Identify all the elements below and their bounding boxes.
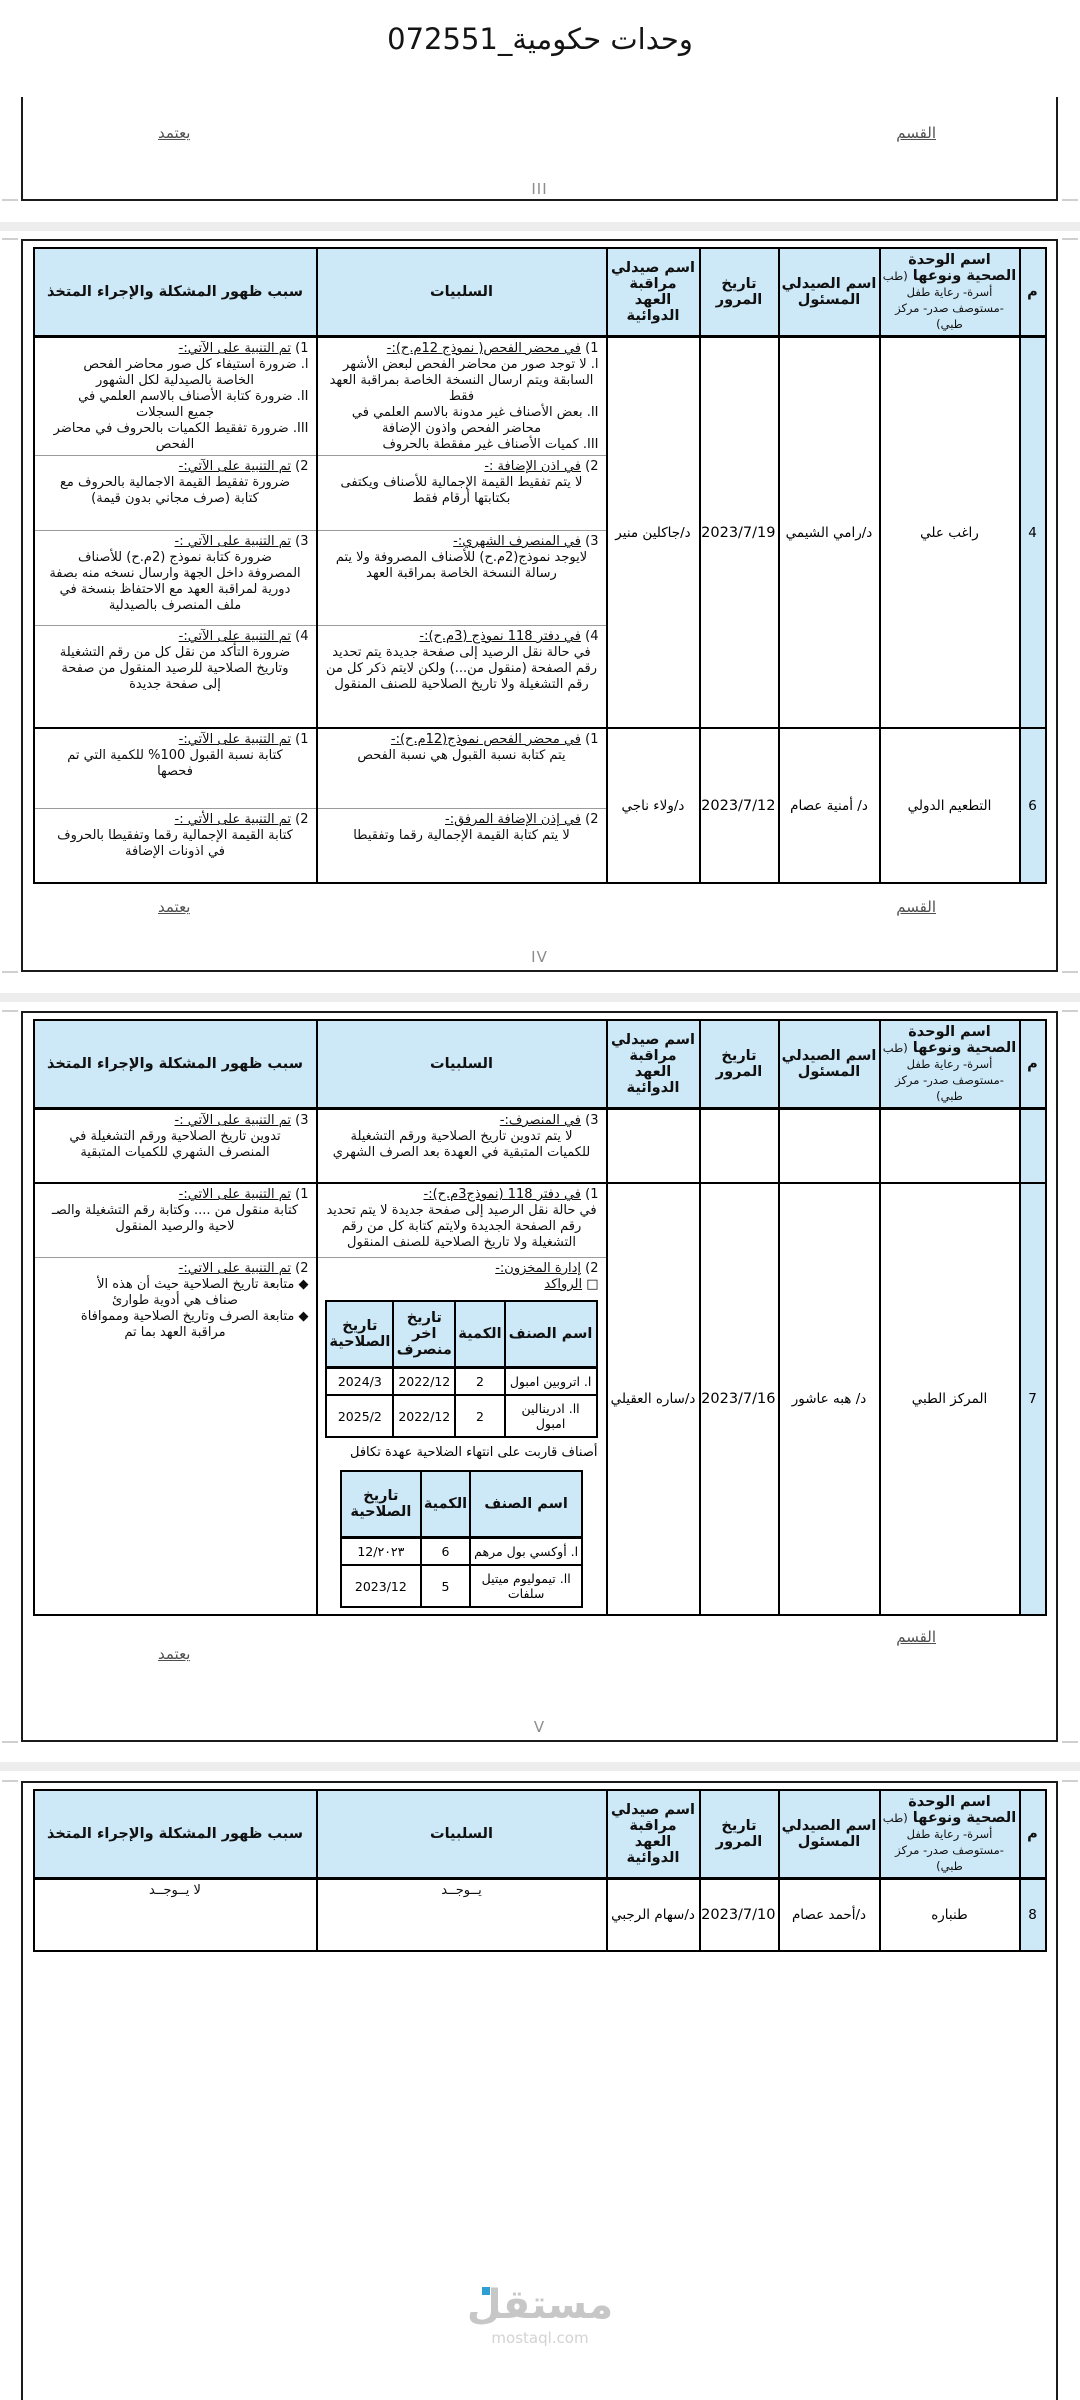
text-line: ضرورة كتابة نموذج (2م.ح) للأصناف [42,550,309,566]
nested-cell: 6 [421,1538,470,1566]
watermark-domain: mostaql.com [0,2329,1080,2347]
department-signature-label: القسم [896,1628,936,1646]
cell-monitor: د/جاكلين منير [607,337,700,729]
text-line: III. ضرورة تفقيط الكميات بالحروف في محاض… [42,421,309,437]
report-table: ماسم الوحدة الصحية ونوعها (طب أسرة- رعاي… [33,1789,1047,1952]
text-line: 3) تم التنبية على الآتي :- [42,534,309,550]
text-line: 2) إدارة المخزون:- [325,1261,599,1277]
sub-cell: 4) في دفتر 118 نموذج (3م.ح):-في حالة نقل… [318,626,606,727]
sub-cell: 1) في محضر الفحص نموذج(12م.ح):-يتم كتابة… [318,729,606,809]
approve-signature-label: يعتمد [158,1645,190,1663]
nested-col-header: تاريخ اخر منصرف [393,1301,455,1368]
page-separator [0,222,1080,231]
cell-pharmacist: د/أحمد عصام [779,1879,880,1952]
text-line: ا. لا توجد صور من محاضر الفحص لبعض الأشه… [325,357,599,373]
text-line: لا يتم كتابة القيمة الإجمالية رقما وتفقي… [325,828,599,844]
nested-row: اا. تيموليوم ميتيل سلفات52023/12 [341,1565,582,1607]
cell-monitor [607,1109,700,1184]
cell-date: 2023/7/12 [700,728,779,883]
text-line: المصروفة داخل الجهة وارسال نسخه منه بصفة [42,566,309,582]
nested-cell: اا. تيموليوم ميتيل سلفات [470,1565,582,1607]
text-line: بكتابتها أرقام فقط [325,491,599,507]
text-line: إلى صفحة جديدة [42,677,309,693]
text-line: في اذونات الإضافة [42,844,309,860]
text-line: 1) تم التنبية على الاتي:- [42,1187,309,1203]
header-row: ماسم الوحدة الصحية ونوعها (طب أسرة- رعاي… [34,1790,1046,1879]
text-line: رقم الصفحة الجديدة ولايتم كتابة كل من رق… [325,1219,599,1235]
col-header-unit: اسم الوحدة الصحية ونوعها (طب أسرة- رعاية… [880,1020,1020,1109]
cell-num: 7 [1020,1183,1046,1615]
cell-cause: 1) تم التنبية على الآتي:-ا. ضرورة استيفا… [34,337,317,729]
header-row: ماسم الوحدة الصحية ونوعها (طب أسرة- رعاي… [34,1020,1046,1109]
text-line: دورية لمراقبة العهد مع الاحتفاظ بنسخة في [42,582,309,598]
text-line: □ الرواكد [325,1277,599,1293]
text-line: 2) تم التنبية على الآتي:- [42,459,309,475]
page-number: III [23,180,1056,198]
col-header-unit: اسم الوحدة الصحية ونوعها (طب أسرة- رعاية… [880,1790,1020,1879]
cell-pharmacist: د/ أمنية عصام [779,728,880,883]
nested-col-header: تاريخ الصلاحية [326,1301,393,1368]
table-row: 6التطعيم الدوليد/ أمنية عصام2023/7/12د/و… [34,728,1046,883]
text-line: وتاريخ الصلاحية للرصيد المنقول من صفحة [42,661,309,677]
sub-cell: 2) إدارة المخزون:-□ الرواكداسم الصنفالكم… [318,1258,606,1614]
nested-header-row: اسم الصنفالكميةتاريخ اخر منصرفتاريخ الصل… [326,1301,596,1368]
text-line: ◆ متابعة الصرف وتاريخ الصلاحية ومموافاة [42,1309,309,1325]
sub-cell: 2) تم التنبية على الاتي:-◆ متابعة تاريخ … [35,1258,316,1566]
crop-mark [1062,1010,1078,1012]
text-line: لاحية والرصيد المنقول [42,1219,309,1235]
text-line: II. بعض الأصناف غير مدونة بالاسم العلمي … [325,405,599,421]
cell-num: 6 [1020,728,1046,883]
cell-negatives: 1) في دفتر 118 (نموذج3م.ح):-في حالة نقل … [317,1183,607,1615]
crop-mark [2,199,18,201]
crop-mark [1062,199,1078,201]
cell-negatives: 1) في محضر الفحص( نموذج 12م.ح):-ا. لا تو… [317,337,607,729]
sub-cell: 3) في المنصرف الشهري:-لايوجد نموذج(2م.ح)… [318,531,606,626]
table-slot: ماسم الوحدة الصحية ونوعها (طب أسرة- رعاي… [23,1789,1056,1952]
sub-cell: 2) في إذن الإضافة المرفق:-لا يتم كتابة ا… [318,809,606,882]
nested-col-header: الكمية [455,1301,504,1368]
page-v: ماسم الوحدة الصحية ونوعها (طب أسرة- رعاي… [21,1011,1058,1742]
watermark-dot [482,2287,490,2295]
text-line: فقط [325,389,599,405]
nested-cell: 5 [421,1565,470,1607]
text-line: 4) تم التنبية على الآتي:- [42,629,309,645]
table-row: 4راغب عليد/رامي الشيمي2023/7/19د/جاكلين … [34,337,1046,729]
nested-cell: 2022/12 [393,1395,455,1437]
cell-unit: المركز الطبي [880,1183,1020,1615]
cell-unit [880,1109,1020,1184]
col-header-date: تاريخ المرور [700,1020,779,1109]
sub-cell: 3) تم التنبية على الآتي :-تدوين تاريخ ال… [35,1110,316,1182]
text-line: لايوجد نموذج(2م.ح) للأصناف المصروفة ولا … [325,550,599,566]
sub-cell: 3) تم التنبية على الآتي :-ضرورة كتابة نم… [35,531,316,626]
text-line: التشغيلة ولا تاريخ الصلاحية للصنف المنقو… [325,1235,599,1251]
text-line: المنصرف الشهري للكميات المتبقية [42,1145,309,1161]
sub-cell: 2) تم التنبية على الأتي :-كتابة القيمة ا… [35,809,316,882]
crop-mark [2,1741,18,1743]
header-unit-bold: اسم الوحدة الصحية ونوعها [908,1794,1016,1826]
nested-col-header: الكمية [421,1471,470,1538]
col-header-num: م [1020,1790,1046,1879]
nested-cell: 2 [455,1395,504,1437]
cell-negatives: يــوجــد [317,1879,607,1952]
text-line: 3) في المنصرف الشهري:- [325,534,599,550]
table-row: 7المركز الطبيد/ هبه عاشور2023/7/16د/ساره… [34,1183,1046,1615]
crop-mark [2,238,18,240]
cell-date: 2023/7/10 [700,1879,779,1952]
cell-date: 2023/7/16 [700,1183,779,1615]
text-line: في حالة نقل الرصيد إلى صفحة جديدة يتم تح… [325,645,599,661]
sub-cell: 3) في المنصرف:-لا يتم تدوين تاريخ الصلاح… [318,1110,606,1182]
cell-monitor: د/ساره العقيلي [607,1183,700,1615]
text-line: السابقة ويتم ارسال النسخة الخاصة بمراقبة… [325,373,599,389]
col-header-monitor: اسم صيدلي مراقبة العهد الدوائية [607,1790,700,1879]
nested-cell: 2022/12 [393,1368,455,1396]
cell-negatives: 1) في محضر الفحص نموذج(12م.ح):-يتم كتابة… [317,728,607,883]
cell-monitor: د/ولاء ناجي [607,728,700,883]
cell-pharmacist [779,1109,880,1184]
report-table: ماسم الوحدة الصحية ونوعها (طب أسرة- رعاي… [33,247,1047,884]
nested-cell: 2023/12 [341,1565,421,1607]
text-line: فحصها [42,764,309,780]
cell-cause: 3) تم التنبية على الآتي :-تدوين تاريخ ال… [34,1109,317,1184]
nested-cell: ا. اتروبين امبول [505,1368,597,1396]
col-header-negatives: السلبيات [317,1790,607,1879]
table-row: 3) في المنصرف:-لا يتم تدوين تاريخ الصلاح… [34,1109,1046,1184]
report-table: ماسم الوحدة الصحية ونوعها (طب أسرة- رعاي… [33,1019,1047,1616]
text-line: ◆ متابعة تاريخ الصلاحية حيث أن هذه الأ [42,1277,309,1293]
text-line: رقم الصفحة (منقول من...) ولكن لايتم ذكر … [325,661,599,677]
text-line: 1) تم التنبية على الآتي:- [42,732,309,748]
crop-mark [1062,238,1078,240]
text-line: ملف المنصرف بالصيدلية [42,598,309,614]
col-header-monitor: اسم صيدلي مراقبة العهد الدوائية [607,1020,700,1109]
page-iii: القسم يعتمد III [21,97,1058,201]
nested-table: اسم الصنفالكميةتاريخ اخر منصرفتاريخ الصل… [325,1300,597,1438]
page-iv: ماسم الوحدة الصحية ونوعها (طب أسرة- رعاي… [21,239,1058,972]
sub-cell: 1) تم التنبية على الاتي:-كتابة منقول من … [35,1184,316,1258]
sub-cell: 1) في دفتر 118 (نموذج3م.ح):-في حالة نقل … [318,1184,606,1258]
table-row: 8طنبارهد/أحمد عصام2023/7/10د/سهام الرجبي… [34,1879,1046,1952]
col-header-negatives: السلبيات [317,248,607,337]
document-canvas: وحدات حكومية_072551 القسم يعتمد III ماسم… [0,0,1080,2400]
page-separator [0,993,1080,1002]
stagnant-items-caption: أصناف قاربت على انتهاء الضلاحية عهدة تكا… [325,1442,599,1463]
sub-cell: يــوجــد [318,1880,606,1950]
text-line: للكميات المتبقية في العهدة بعد الصرف الش… [325,1145,599,1161]
text-line: جميع السجلات [42,405,309,421]
col-header-unit: اسم الوحدة الصحية ونوعها (طب أسرة- رعاية… [880,248,1020,337]
text-line: صناف هي أدوية طوارئ [42,1293,309,1309]
nested-cell: ٢٠٢٣/12 [341,1538,421,1566]
nested-row: ا. أوكسي بول مرهم6٢٠٢٣/12 [341,1538,582,1566]
cell-pharmacist: د/رامي الشيمي [779,337,880,729]
col-header-cause: سبب ظهور المشكلة والإجراء المتخذ [34,248,317,337]
text-line: 2) في إذن الإضافة المرفق:- [325,812,599,828]
department-signature-label: القسم [896,124,936,142]
header-unit-bold: اسم الوحدة الصحية ونوعها [908,1024,1016,1056]
text-line: كتابة القيمة الإجمالية رقما وتفقيطا بالح… [42,828,309,844]
text-line: 1) في محضر الفحص( نموذج 12م.ح):- [325,341,599,357]
text-line: لا يــوجــد [42,1883,309,1899]
nested-header-row: اسم الصنفالكميةتاريخ الصلاحية [341,1471,582,1538]
cell-cause: 1) تم التنبية على الاتي:-كتابة منقول من … [34,1183,317,1615]
header-row: ماسم الوحدة الصحية ونوعها (طب أسرة- رعاي… [34,248,1046,337]
text-line: III. كميات الأصناف غير مفقطة بالحروف [325,437,599,453]
text-line: كتابة نسبة القبول 100% للكمية التي تم [42,748,309,764]
cell-date: 2023/7/19 [700,337,779,729]
text-line: كتابة (صرف مجاني بدون قيمة) [42,491,309,507]
sub-cell: 4) تم التنبية على الآتي:-ضرورة التأكد من… [35,626,316,727]
cell-num: 4 [1020,337,1046,729]
table-slot: ماسم الوحدة الصحية ونوعها (طب أسرة- رعاي… [23,247,1056,884]
text-line: كتابة منقول من .... وكتابة رقم التشغيلة … [42,1203,309,1219]
text-line: ضرورة التأكد من نقل كل من رقم التشغيلة [42,645,309,661]
col-header-cause: سبب ظهور المشكلة والإجراء المتخذ [34,1020,317,1109]
text-line: 4) في دفتر 118 نموذج (3م.ح):- [325,629,599,645]
sub-cell: 1) تم التنبية على الآتي:-كتابة نسبة القب… [35,729,316,809]
text-line: 2) تم التنبية على الأتي :- [42,812,309,828]
text-line: 3) تم التنبية على الآتي :- [42,1113,309,1129]
text-line: الخاصة بالصيدلية لكل الشهور [42,373,309,389]
cell-date [700,1109,779,1184]
text-line: محاضر الفحص واذون الإضافة [325,421,599,437]
text-line: لا يتم تفقيط القيمة الإجمالية للأصناف وي… [325,475,599,491]
nested-col-header: اسم الصنف [470,1471,582,1538]
text-line: لا يتم تدوين تاريخ الصلاحية ورقم التشغيل… [325,1129,599,1145]
cell-negatives: 3) في المنصرف:-لا يتم تدوين تاريخ الصلاح… [317,1109,607,1184]
watermark-logo-text: مستقل [467,2283,613,2327]
header-unit-bold: اسم الوحدة الصحية ونوعها [908,252,1016,284]
sub-cell: 1) تم التنبية على الآتي:-ا. ضرورة استيفا… [35,338,316,456]
text-line: 1) في دفتر 118 (نموذج3م.ح):- [325,1187,599,1203]
col-header-negatives: السلبيات [317,1020,607,1109]
nested-row: اا. ادرينالين امبول22022/122025/2 [326,1395,596,1437]
nested-col-header: اسم الصنف [505,1301,597,1368]
cell-unit: طنباره [880,1879,1020,1952]
crop-mark [1062,971,1078,973]
cell-unit: راغب علي [880,337,1020,729]
nested-cell: اا. ادرينالين امبول [505,1395,597,1437]
department-signature-label: القسم [896,898,936,916]
cell-num: 8 [1020,1879,1046,1952]
text-line: ا. ضرورة استيفاء كل صور محاضر الفحص [42,357,309,373]
col-header-num: م [1020,248,1046,337]
col-header-cause: سبب ظهور المشكلة والإجراء المتخذ [34,1790,317,1879]
col-header-num: م [1020,1020,1046,1109]
text-line: يتم كتابة نسبة القبول هي نسبة الفحص [325,748,599,764]
text-line: ضرورة تفقيط القيمة الاجمالية بالحروف مع [42,475,309,491]
nested-cell: ا. أوكسي بول مرهم [470,1538,582,1566]
col-header-pharmacist: اسم الصيدلي المسئول [779,248,880,337]
text-line: مراقبة العهد بما تم [42,1325,309,1341]
text-line: في حالة نقل الرصيد إلى صفحة جديدة لا يتم… [325,1203,599,1219]
nested-row: ا. اتروبين امبول22022/122024/3 [326,1368,596,1396]
watermark: مستقل mostaql.com [0,2283,1080,2347]
nested-cell: 2 [455,1368,504,1396]
crop-mark [2,1780,18,1782]
col-header-monitor: اسم صيدلي مراقبة العهد الدوائية [607,248,700,337]
cell-num [1020,1109,1046,1184]
table-slot: ماسم الوحدة الصحية ونوعها (طب أسرة- رعاي… [23,1019,1056,1616]
col-header-date: تاريخ المرور [700,1790,779,1879]
col-header-pharmacist: اسم الصيدلي المسئول [779,1020,880,1109]
crop-mark [2,1010,18,1012]
approve-signature-label: يعتمد [158,124,190,142]
text-line: الفحص [42,437,309,453]
cell-cause: 1) تم التنبية على الآتي:-كتابة نسبة القب… [34,728,317,883]
text-line: رسالة النسخة الخاصة بمراقبة العهد [325,566,599,582]
col-header-pharmacist: اسم الصيدلي المسئول [779,1790,880,1879]
sub-cell: 1) في محضر الفحص( نموذج 12م.ح):-ا. لا تو… [318,338,606,456]
cell-unit: التطعيم الدولي [880,728,1020,883]
sub-cell: 2) في اذن الإضافة :-لا يتم تفقيط القيمة … [318,456,606,531]
text-line: رقم التشغيلة ولا تاريخ الصلاحية للصنف ال… [325,677,599,693]
text-line: 1) في محضر الفحص نموذج(12م.ح):- [325,732,599,748]
crop-mark [1062,1741,1078,1743]
approve-signature-label: يعتمد [158,898,190,916]
page-number: IV [23,948,1056,966]
sub-cell: لا يــوجــد [35,1880,316,1950]
cell-pharmacist: د/ هبه عاشور [779,1183,880,1615]
text-line: 3) في المنصرف:- [325,1113,599,1129]
page-separator [0,1762,1080,1771]
sub-cell: 2) تم التنبية على الآتي:-ضرورة تفقيط الق… [35,456,316,531]
document-title: وحدات حكومية_072551 [0,22,1080,56]
text-line: 2) في اذن الإضافة :- [325,459,599,475]
text-line: 2) تم التنبية على الاتي:- [42,1261,309,1277]
nested-cell: 2024/3 [326,1368,393,1396]
nested-table: اسم الصنفالكميةتاريخ الصلاحيةا. أوكسي بو… [340,1470,583,1608]
text-line: II. ضرورة كتابة الأصناف بالاسم العلمي في [42,389,309,405]
text-line: 1) تم التنبية على الآتي:- [42,341,309,357]
nested-col-header: تاريخ الصلاحية [341,1471,421,1538]
page-number: V [23,1718,1056,1736]
crop-mark [2,971,18,973]
crop-mark [1062,1780,1078,1782]
text-line: يــوجــد [325,1883,599,1899]
cell-monitor: د/سهام الرجبي [607,1879,700,1952]
col-header-date: تاريخ المرور [700,248,779,337]
cell-cause: لا يــوجــد [34,1879,317,1952]
nested-cell: 2025/2 [326,1395,393,1437]
text-line: تدوين تاريخ الصلاحية ورقم التشغيلة في [42,1129,309,1145]
